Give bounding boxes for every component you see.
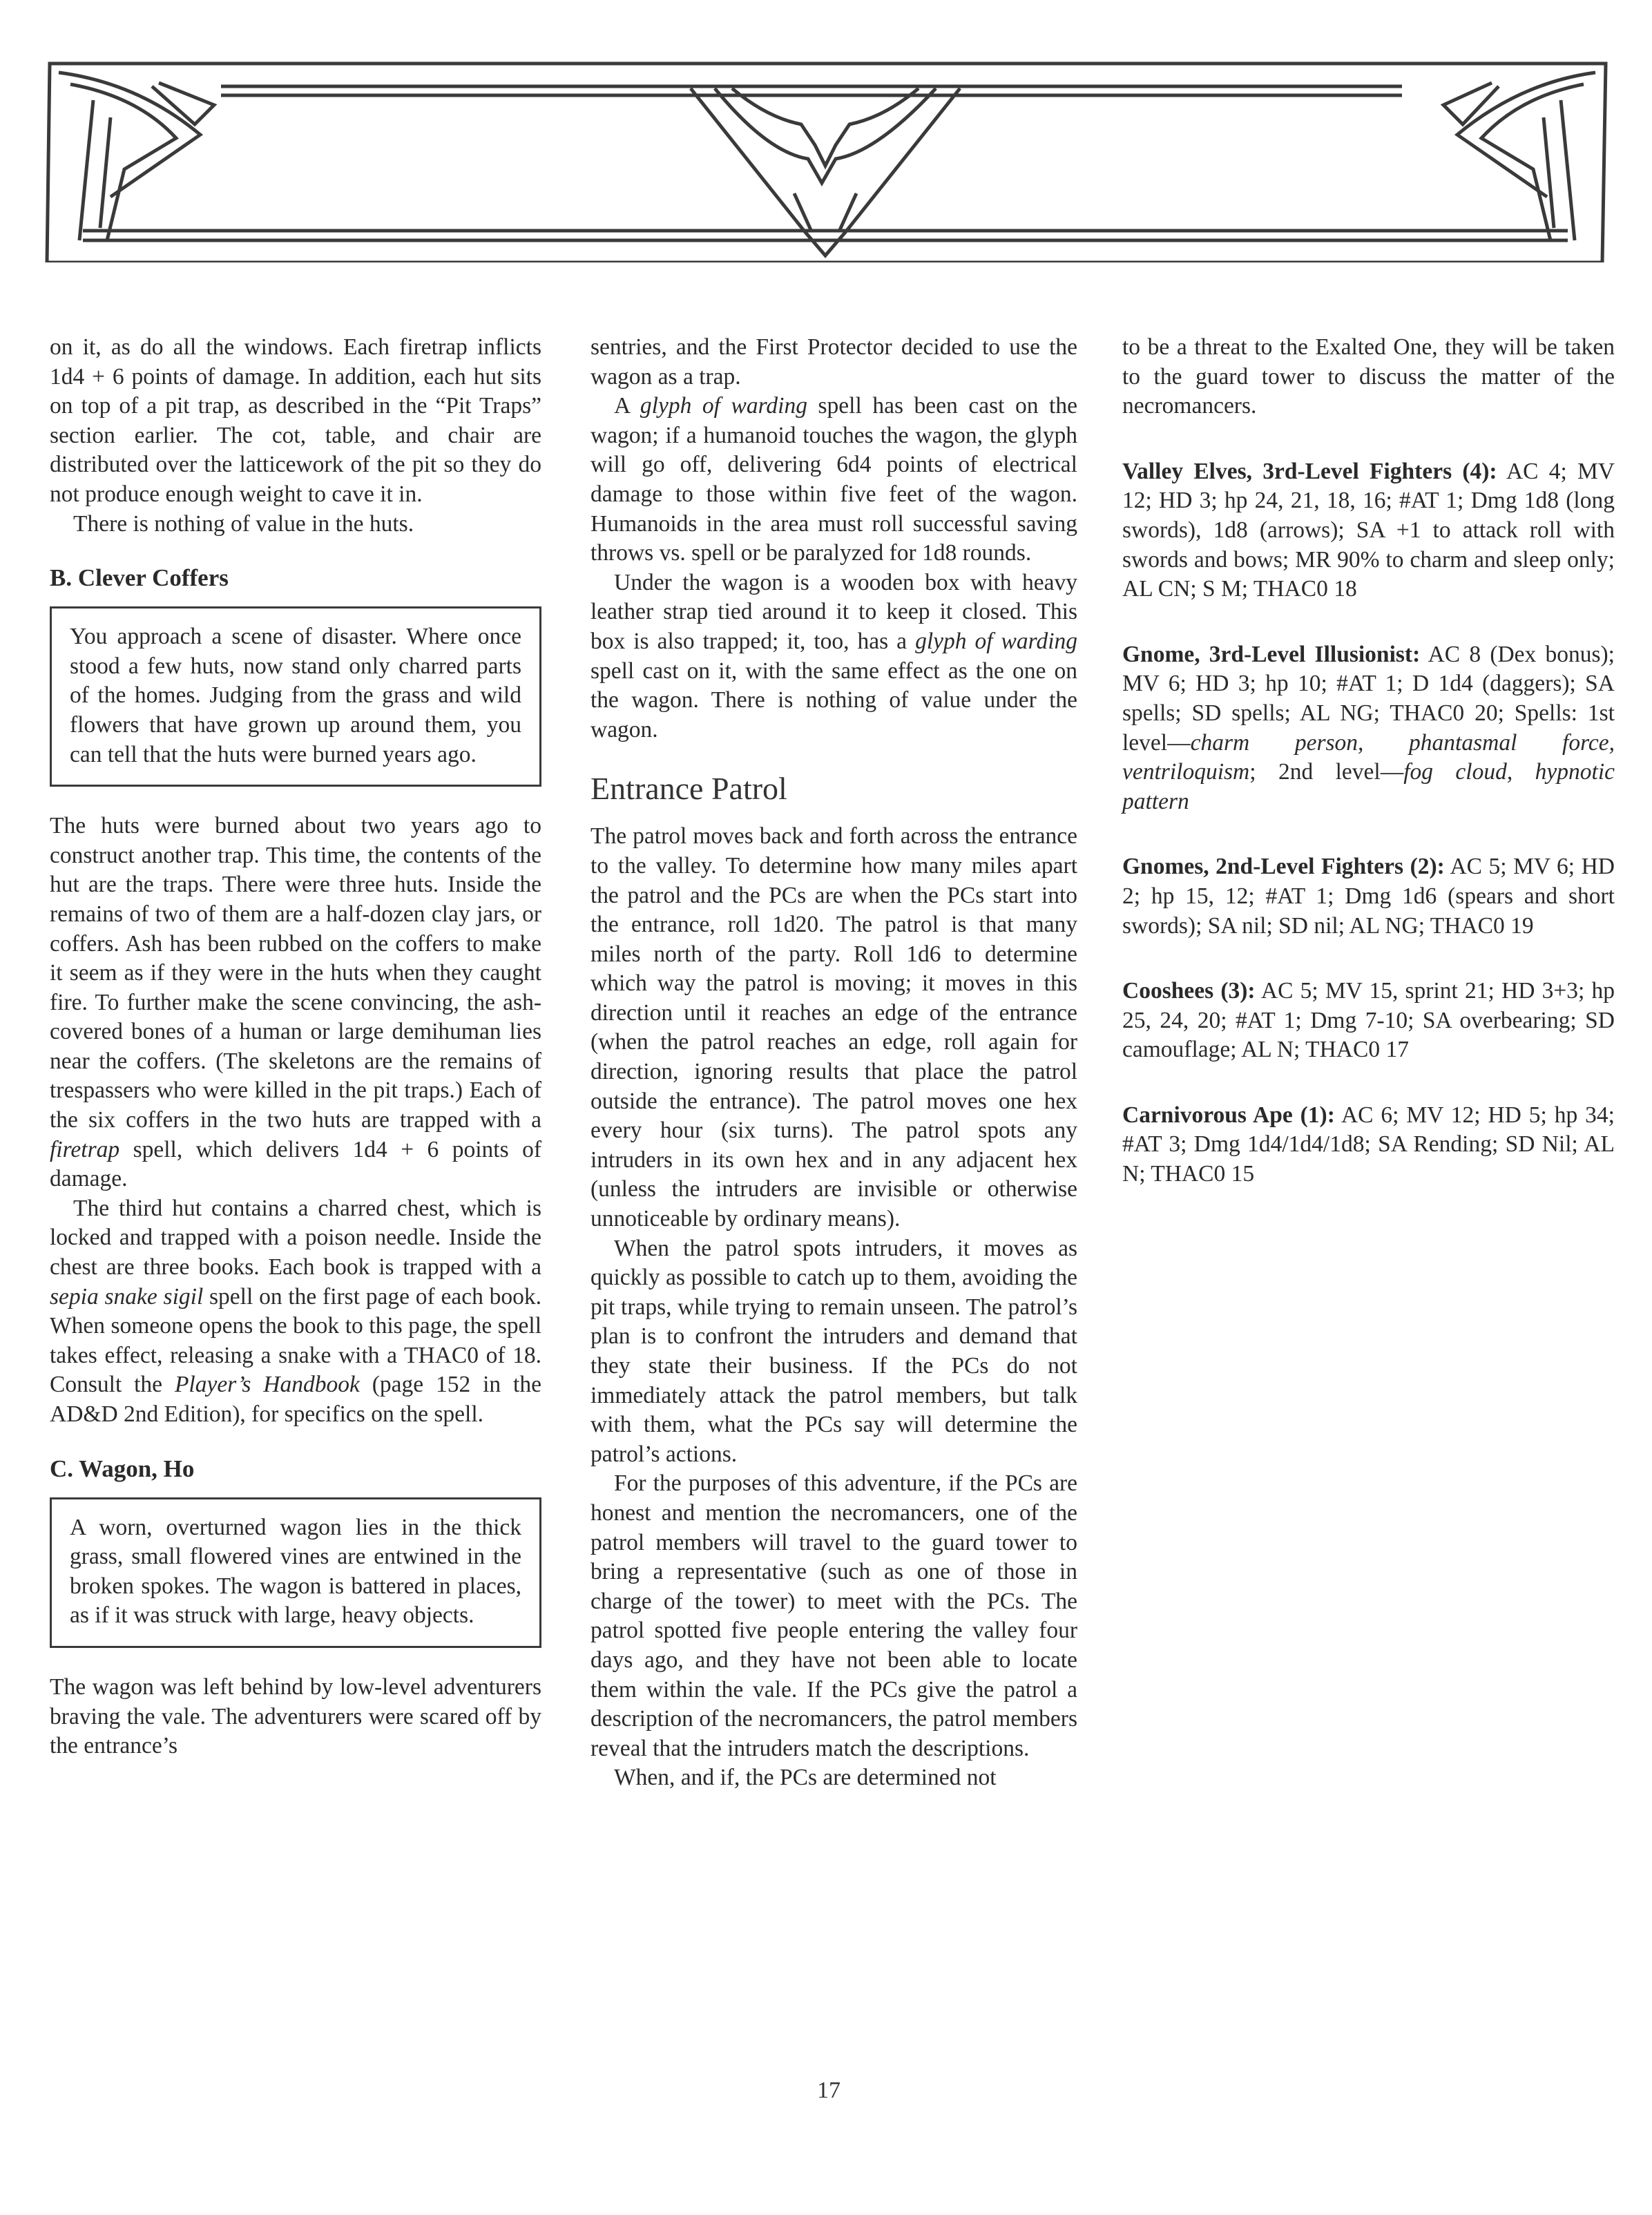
stat-block-gnome-fighters: Gnomes, 2nd-Level Fighters (2): AC 5; MV… — [1122, 852, 1615, 941]
stat-block-cooshees: Cooshees (3): AC 5; MV 15, sprint 21; HD… — [1122, 977, 1615, 1065]
paragraph: on it, as do all the windows. Each firet… — [50, 333, 541, 510]
paragraph: to be a threat to the Exalted One, they … — [1122, 333, 1615, 421]
paragraph: Under the wagon is a wooden box with hea… — [590, 568, 1077, 745]
column-left: on it, as do all the windows. Each firet… — [50, 333, 541, 1761]
stat-block-name: Carnivorous Ape (1): — [1122, 1102, 1335, 1128]
stat-block-name: Valley Elves, 3rd-Level Fighters (4): — [1122, 459, 1497, 484]
section-heading-entrance-patrol: Entrance Patrol — [590, 769, 1077, 808]
paragraph: When, and if, the PCs are determined not — [590, 1763, 1077, 1793]
stat-block-name: Cooshees (3): — [1122, 978, 1256, 1004]
stat-block-gnome-illusionist: Gnome, 3rd-Level Illusionist: AC 8 (Dex … — [1122, 640, 1615, 817]
section-heading-wagon-ho: C. Wagon, Ho — [50, 1455, 541, 1484]
paragraph: The patrol moves back and forth across t… — [590, 822, 1077, 1234]
page-number: 17 — [808, 2078, 849, 2104]
stat-block-name: Gnome, 3rd-Level Illusionist: — [1122, 642, 1420, 667]
boxed-text: A worn, overturned wagon lies in the thi… — [70, 1513, 521, 1631]
column-middle: sentries, and the First Protector decide… — [590, 333, 1077, 1793]
paragraph: sentries, and the First Protector decide… — [590, 333, 1077, 392]
stat-block-carnivorous-ape: Carnivorous Ape (1): AC 6; MV 12; HD 5; … — [1122, 1101, 1615, 1189]
paragraph: The huts were burned about two years ago… — [50, 812, 541, 1194]
section-heading-clever-coffers: B. Clever Coffers — [50, 564, 541, 593]
decorative-header-border — [35, 55, 1616, 262]
paragraph: For the purposes of this adventure, if t… — [590, 1469, 1077, 1763]
column-right: to be a threat to the Exalted One, they … — [1122, 333, 1615, 1189]
boxed-text: You approach a scene of disaster. Where … — [70, 622, 521, 769]
paragraph: When the patrol spots intruders, it move… — [590, 1234, 1077, 1470]
paragraph: The wagon was left behind by low-level a… — [50, 1673, 541, 1761]
read-aloud-box: You approach a scene of disaster. Where … — [50, 606, 541, 787]
read-aloud-box: A worn, overturned wagon lies in the thi… — [50, 1497, 541, 1648]
stat-block-name: Gnomes, 2nd-Level Fighters (2): — [1122, 854, 1445, 879]
paragraph: A glyph of warding spell has been cast o… — [590, 392, 1077, 568]
paragraph: There is nothing of value in the huts. — [50, 510, 541, 539]
paragraph: The third hut contains a charred chest, … — [50, 1194, 541, 1430]
stat-block-valley-elves: Valley Elves, 3rd-Level Fighters (4): AC… — [1122, 457, 1615, 604]
